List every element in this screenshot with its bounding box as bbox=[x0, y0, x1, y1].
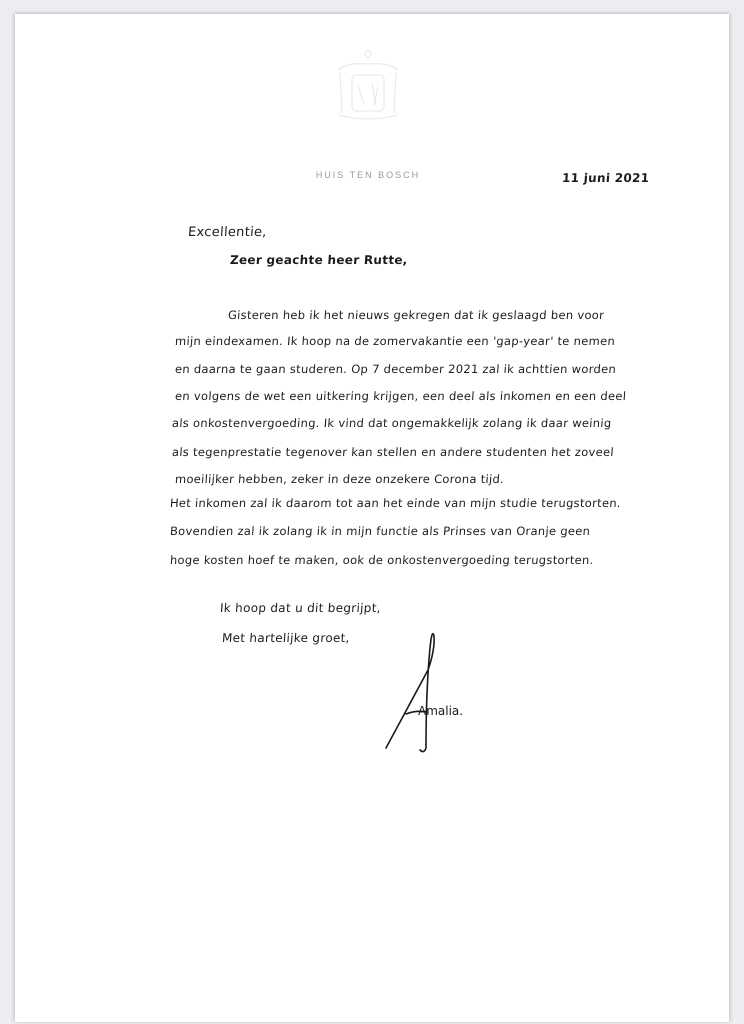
body-line: Gisteren heb ik het nieuws gekregen dat … bbox=[228, 308, 605, 322]
body-line: en daarna te gaan studeren. Op 7 decembe… bbox=[175, 362, 617, 376]
letter-page bbox=[15, 14, 729, 1022]
signature: Amalia. bbox=[418, 704, 463, 718]
body-line: Het inkomen zal ik daarom tot aan het ei… bbox=[170, 496, 622, 510]
body-line: Bovendien zal ik zolang ik in mijn funct… bbox=[170, 524, 591, 538]
body-line: mijn eindexamen. Ik hoop na de zomervaka… bbox=[175, 334, 616, 348]
closing-line: Ik hoop dat u dit begrijpt, bbox=[220, 601, 382, 615]
body-line: hoge kosten hoef te maken, ook de onkost… bbox=[170, 553, 595, 567]
letter-date: 11 juni 2021 bbox=[562, 171, 650, 185]
signature-text: Amalia. bbox=[418, 704, 463, 718]
body-line: en volgens de wet een uitkering krijgen,… bbox=[175, 389, 627, 403]
crest-icon bbox=[318, 45, 418, 125]
body-line: als onkostenvergoeding. Ik vind dat onge… bbox=[172, 416, 612, 430]
signature-flourish-icon bbox=[380, 630, 500, 755]
body-line: moeilijker hebben, zeker in deze onzeker… bbox=[175, 472, 505, 486]
salutation: Excellentie, bbox=[187, 225, 267, 240]
greeting: Zeer geachte heer Rutte, bbox=[230, 253, 409, 267]
body-line: als tegenprestatie tegenover kan stellen… bbox=[172, 445, 615, 459]
closing-line: Met hartelijke groet, bbox=[222, 631, 351, 645]
letterhead: HUIS TEN BOSCH bbox=[298, 170, 438, 180]
